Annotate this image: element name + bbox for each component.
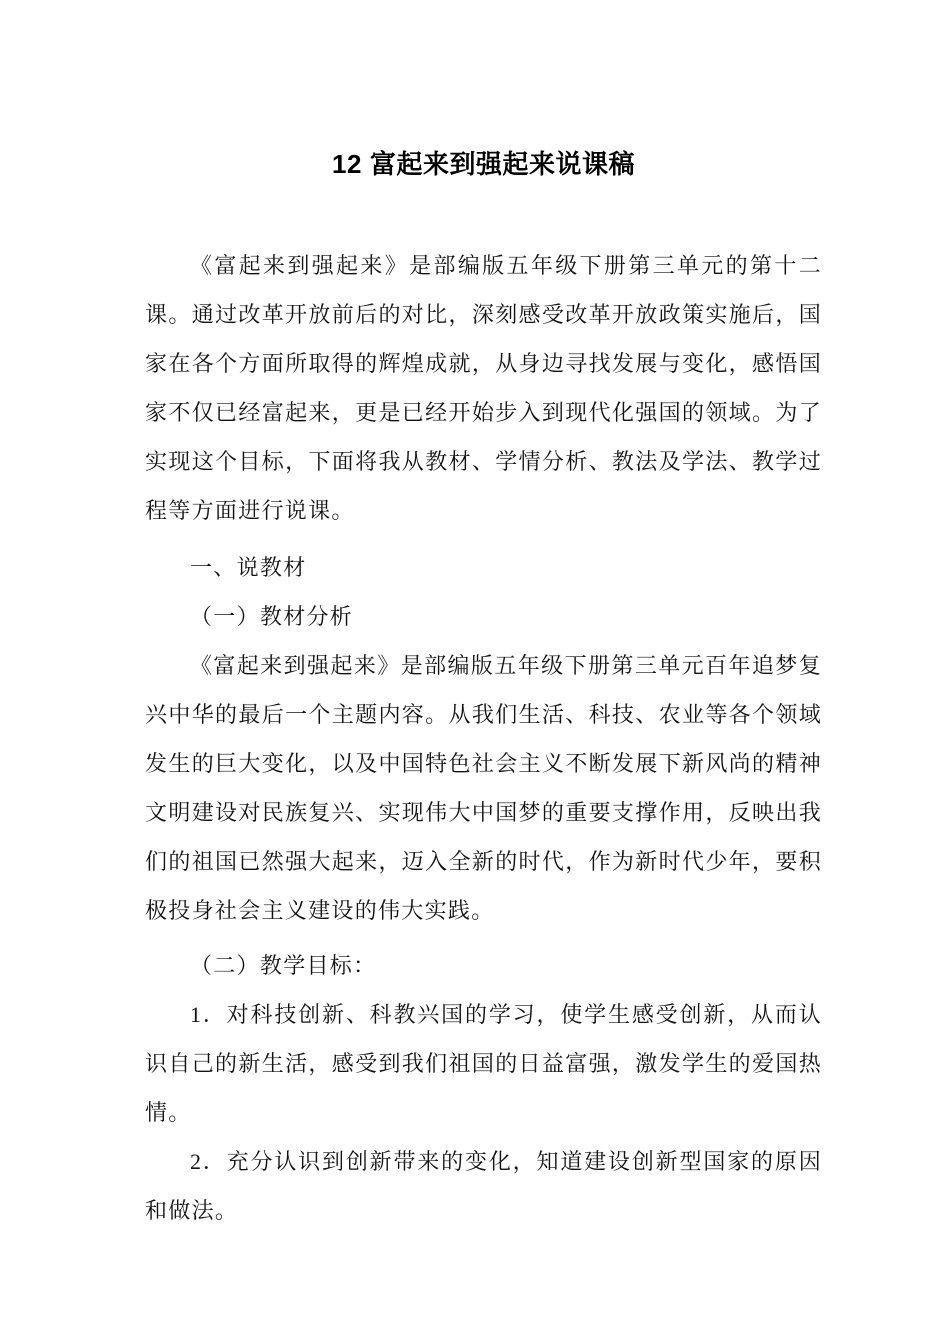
section-heading-shuo-jiaocai: 一、说教材: [145, 543, 822, 592]
paragraph-jiaocai-fenxi: 《富起来到强起来》是部编版五年级下册第三单元百年追梦复兴中华的最后一个主题内容。…: [145, 641, 822, 935]
document-body: 《富起来到强起来》是部编版五年级下册第三单元的第十二课。通过改革开放前后的对比，…: [145, 241, 822, 1235]
subheading-jiaoxue-mubiao: （二）教学目标：: [145, 941, 822, 990]
teaching-goal-item-2: 2．充分认识到创新带来的变化，知道建设创新型国家的原因和做法。: [145, 1137, 822, 1235]
document-title: 12富起来到强起来说课稿: [145, 145, 822, 183]
document-title-text: 富起来到强起来说课稿: [370, 149, 635, 179]
subheading-jiaocai-fenxi: （一）教材分析: [145, 592, 822, 641]
document-title-number: 12: [332, 149, 362, 179]
teaching-goal-item-1: 1．对科技创新、科教兴国的学习，使学生感受创新，从而认识自己的新生活，感受到我们…: [145, 990, 822, 1137]
intro-paragraph: 《富起来到强起来》是部编版五年级下册第三单元的第十二课。通过改革开放前后的对比，…: [145, 241, 822, 535]
document-page: 12富起来到强起来说课稿 《富起来到强起来》是部编版五年级下册第三单元的第十二课…: [0, 0, 950, 1344]
